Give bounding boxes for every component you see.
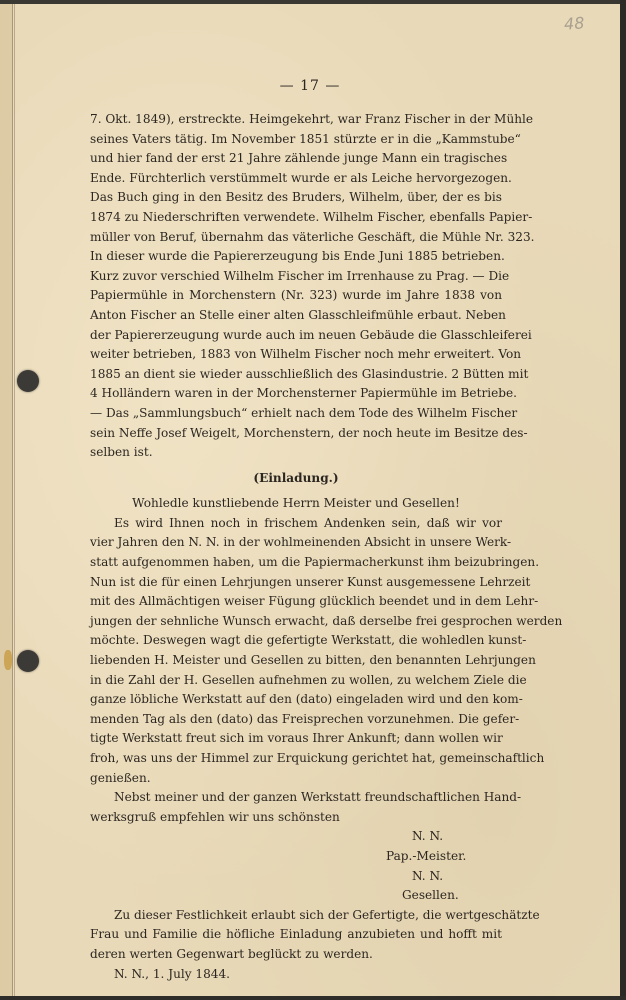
text-line: der Papiererzeugung wurde auch im neuen … — [90, 326, 502, 346]
text-line: genießen. — [90, 769, 502, 789]
text-line: 7. Okt. 1849), erstreckte. Heimgekehrt, … — [90, 110, 502, 130]
text-line: menden Tag als den (dato) das Freisprech… — [90, 710, 502, 730]
text-line: und hier fand der erst 21 Jahre zählende… — [90, 149, 502, 169]
signature-name: N. N. — [90, 827, 502, 847]
text-line: vier Jahren den N. N. in der wohlmeinend… — [90, 533, 502, 553]
body-text: 7. Okt. 1849), erstreckte. Heimgekehrt, … — [90, 110, 502, 984]
text-line: Kurz zuvor verschied Wilhelm Fischer im … — [90, 267, 502, 287]
scan-edge — [0, 996, 626, 1000]
signature-title: Gesellen. — [90, 886, 502, 906]
paragraph-1: 7. Okt. 1849), erstreckte. Heimgekehrt, … — [90, 110, 502, 463]
paper-stain — [4, 650, 12, 670]
text-line: mit des Allmächtigen weiser Fügung glück… — [90, 592, 502, 612]
section-heading: (Einladung.) — [90, 469, 502, 489]
text-line: müller von Beruf, übernahm das väterlich… — [90, 228, 502, 248]
text-line: Nun ist die für einen Lehrjungen unserer… — [90, 573, 502, 593]
text-line: — Das „Sammlungsbuch“ erhielt nach dem T… — [90, 404, 502, 424]
text-line: sein Neffe Josef Weigelt, Morchenstern, … — [90, 424, 502, 444]
text-line: seines Vaters tätig. Im November 1851 st… — [90, 130, 502, 150]
text-line: möchte. Deswegen wagt die gefertigte Wer… — [90, 631, 502, 651]
text-line: 1885 an dient sie wieder ausschließlich … — [90, 365, 502, 385]
text-line: in die Zahl der H. Gesellen aufnehmen zu… — [90, 671, 502, 691]
text-line: Papiermühle in Morchenstern (Nr. 323) wu… — [90, 286, 502, 306]
fold-line — [14, 4, 15, 996]
text-line: jungen der sehnliche Wunsch erwacht, daß… — [90, 612, 502, 632]
text-line: Frau und Familie die höfliche Einladung … — [90, 925, 502, 945]
text-line: In dieser wurde die Papiererzeugung bis … — [90, 247, 502, 267]
text-line: selben ist. — [90, 443, 502, 463]
punch-hole — [17, 370, 39, 392]
text-line: deren werten Gegenwart beglückt zu werde… — [90, 945, 502, 965]
text-line: Es wird Ihnen noch in frischem Andenken … — [90, 514, 502, 534]
signature-title: Pap.-Meister. — [90, 847, 502, 867]
folio-number: 48 — [563, 13, 585, 33]
dateline: N. N., 1. July 1844. — [90, 965, 502, 985]
text-line: Nebst meiner und der ganzen Werkstatt fr… — [90, 788, 502, 808]
signature-name: N. N. — [90, 867, 502, 887]
text-line: ganze löbliche Werkstatt auf den (dato) … — [90, 690, 502, 710]
text-line: froh, was uns der Himmel zur Erquickung … — [90, 749, 502, 769]
salutation: Wohledle kunstliebende Herrn Meister und… — [90, 494, 502, 514]
text-line: werksgruß empfehlen wir uns schönsten — [90, 808, 502, 828]
document-page: 48 — 17 — 7. Okt. 1849), erstreckte. Hei… — [0, 4, 620, 996]
text-line: 4 Holländern waren in der Morchensterner… — [90, 384, 502, 404]
text-line: Ende. Fürchterlich verstümmelt wurde er … — [90, 169, 502, 189]
paragraph-4: Zu dieser Festlichkeit erlaubt sich der … — [90, 906, 502, 965]
text-line: 1874 zu Niederschriften verwendete. Wilh… — [90, 208, 502, 228]
text-line: Zu dieser Festlichkeit erlaubt sich der … — [90, 906, 502, 926]
text-line: weiter betrieben, 1883 von Wilhelm Fisch… — [90, 345, 502, 365]
text-line: tigte Werkstatt freut sich im voraus Ihr… — [90, 729, 502, 749]
page-number: — 17 — — [0, 78, 620, 94]
binding-strip — [0, 4, 13, 996]
scan-edge — [620, 0, 626, 1000]
paragraph-2: Es wird Ihnen noch in frischem Andenken … — [90, 514, 502, 788]
paragraph-3: Nebst meiner und der ganzen Werkstatt fr… — [90, 788, 502, 827]
text-line: statt aufgenommen haben, um die Papierma… — [90, 553, 502, 573]
text-line: Das Buch ging in den Besitz des Bruders,… — [90, 188, 502, 208]
text-line: Anton Fischer an Stelle einer alten Glas… — [90, 306, 502, 326]
text-line: liebenden H. Meister und Gesellen zu bit… — [90, 651, 502, 671]
signature-block: N. N. Pap.-Meister. N. N. Gesellen. — [90, 827, 502, 905]
punch-hole — [17, 650, 39, 672]
